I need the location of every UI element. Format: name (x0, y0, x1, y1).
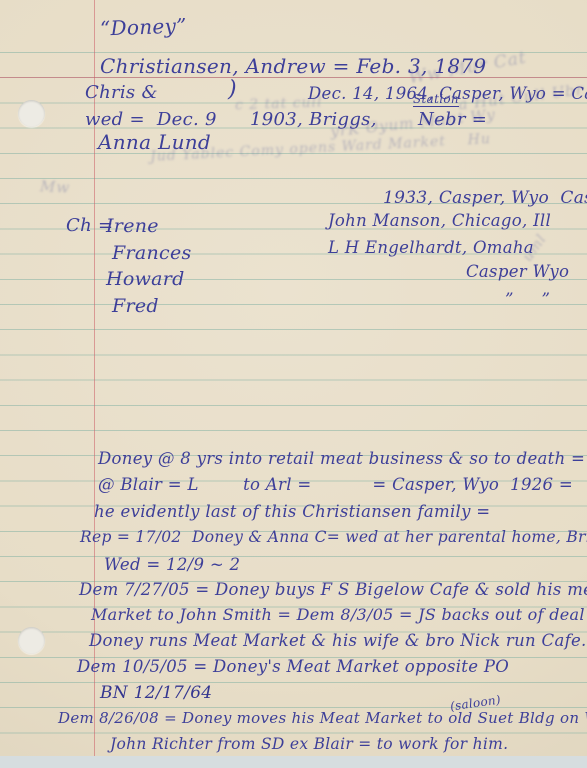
note-line: Dem 10/5/05 = Doney's Meat Market opposi… (77, 658, 509, 676)
scan-background-strip (0, 756, 587, 768)
genealogy-spouse-name: Anna Lund (98, 131, 211, 153)
note-line: Market to John Smith = Dem 8/3/05 = JS b… (91, 606, 587, 624)
note-line: he evidently last of this Christiansen f… (94, 503, 490, 521)
genealogy-wedding-place: 1903, Briggs, (250, 110, 377, 130)
genealogy-wedding-date: wed = Dec. 9 (85, 110, 217, 130)
child-name: Fred (112, 296, 159, 317)
child-name: Irene (106, 216, 159, 237)
note-line: Doney runs Meat Market & his wife & bro … (89, 632, 587, 650)
note-line: Dem 7/27/05 = Doney buys F S Bigelow Caf… (79, 581, 587, 599)
note-line: Wed = 12/9 ~ 2 (104, 556, 240, 574)
note-line: Dem 8/26/08 = Doney moves his Meat Marke… (58, 710, 587, 727)
child-name: Howard (106, 269, 185, 290)
hole-punch-top (18, 100, 45, 127)
child-spouse-note: Casper Wyo (466, 263, 569, 281)
bleedthrough-text: Mw (40, 177, 71, 197)
child-spouse-note: L H Engelhardt, Omaha (328, 239, 534, 257)
page-title: “Doney” (100, 14, 187, 39)
note-line: Rep = 17/02 Doney & Anna C= wed at her p… (80, 529, 587, 546)
note-line: BN 12/17/64 (100, 684, 212, 703)
station-insert: Station (413, 93, 459, 107)
child-spouse-note: John Manson, Chicago, Ill (328, 212, 551, 230)
close-paren: ) (228, 78, 237, 102)
ditto-marks: ” ” (505, 291, 550, 309)
hole-punch-bottom (18, 627, 45, 654)
genealogy-year-place: 1933, Casper, Wyo Casper (383, 189, 587, 208)
note-line: Doney @ 8 yrs into retail meat business … (98, 450, 585, 468)
genealogy-wedding-state: Nebr = (418, 110, 487, 130)
genealogy-name-birth: Christiansen, Andrew = Feb. 3, 1879 (100, 55, 486, 77)
child-name: Frances (112, 243, 192, 264)
note-line: John Richter from SD ex Blair = to work … (110, 736, 508, 753)
note-line: @ Blair = L to Arl = = Casper, Wyo 1926 … (98, 476, 573, 494)
genealogy-nickname: Chris & (85, 83, 158, 103)
